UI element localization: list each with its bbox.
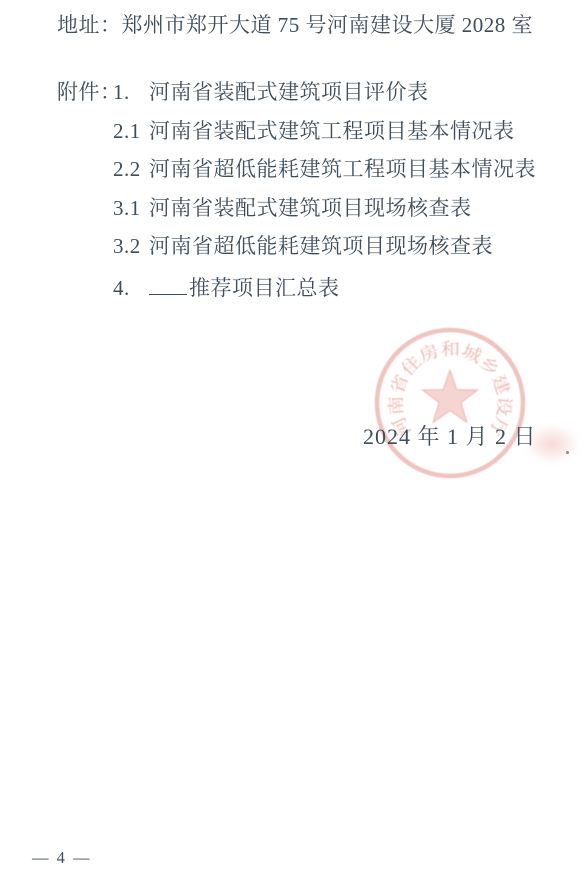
attachment-item-number: 3.1 <box>113 197 149 219</box>
attachment-item-number: 3.2 <box>113 235 149 257</box>
page-number: — 4 — <box>32 848 92 868</box>
ink-speck <box>566 451 569 454</box>
blank-underline <box>149 274 187 295</box>
seal-star-icon <box>422 370 477 423</box>
attachment-item-title: 河南省超低能耗建筑工程项目基本情况表 <box>149 157 536 181</box>
address-value: 郑州市郑开大道 75 号河南建设大厦 2028 室 <box>122 13 534 37</box>
address-label: 地址： <box>57 13 122 37</box>
attachment-item-number: 4. <box>113 277 149 299</box>
attachment-item-number: 1. <box>113 81 149 103</box>
attachment-item: 4.推荐项目汇总表 <box>113 274 536 299</box>
attachment-item-number: 2.2 <box>113 158 149 180</box>
document-page: 地址：郑州市郑开大道 75 号河南建设大厦 2028 室 附件： 1.河南省装配… <box>0 0 585 874</box>
attachment-item: 2.2河南省超低能耗建筑工程项目基本情况表 <box>113 158 536 180</box>
attachment-item-title: 河南省超低能耗建筑项目现场核查表 <box>149 234 493 258</box>
attachment-item-title: 河南省装配式建筑项目现场核查表 <box>149 196 472 220</box>
attachment-item: 2.1河南省装配式建筑工程项目基本情况表 <box>113 120 536 142</box>
address-line: 地址：郑州市郑开大道 75 号河南建设大厦 2028 室 <box>57 12 533 38</box>
date-line: 2024 年 1 月 2 日 <box>363 424 537 450</box>
attachment-item: 3.1河南省装配式建筑项目现场核查表 <box>113 197 536 219</box>
attachment-item-number: 2.1 <box>113 120 149 142</box>
attachment-item: 3.2河南省超低能耗建筑项目现场核查表 <box>113 235 536 257</box>
attachment-item-title: 推荐项目汇总表 <box>189 276 340 300</box>
attachments-list: 1.河南省装配式建筑项目评价表 2.1河南省装配式建筑工程项目基本情况表 2.2… <box>113 81 536 299</box>
attachment-item: 1.河南省装配式建筑项目评价表 <box>113 81 536 103</box>
attachments-label: 附件： <box>57 81 122 103</box>
attachment-item-title: 河南省装配式建筑项目评价表 <box>149 80 429 104</box>
attachment-item-title: 河南省装配式建筑工程项目基本情况表 <box>149 119 515 143</box>
official-seal-stamp: 河南省住房和城乡建设厅 <box>365 320 535 490</box>
